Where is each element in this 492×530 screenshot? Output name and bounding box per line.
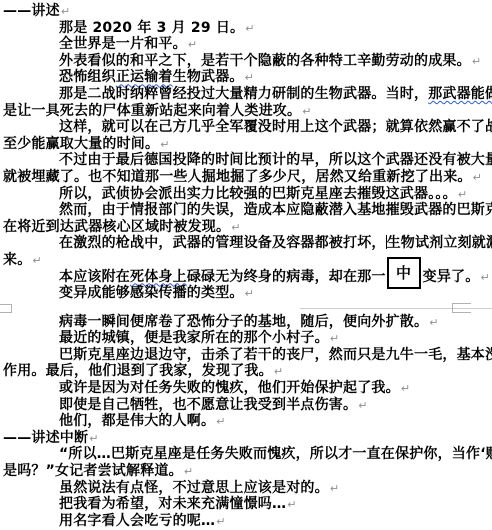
text-run: 变异了。 <box>423 269 480 285</box>
paragraph-mark-icon: ↵ <box>330 332 339 345</box>
paragraph-mark-icon: ↵ <box>472 55 481 68</box>
text-run: 那是 2020 年 3 月 29 日。 <box>59 20 244 36</box>
paragraph-mark-icon: ↵ <box>188 38 197 51</box>
paragraph-mark-icon: ↵ <box>32 254 41 267</box>
text-run: 生物武器。 <box>173 69 244 85</box>
text-line[interactable]: 然而，由于情报部门的失误，造成本应隐蔽潜入基地摧毁武器的巴斯克星座 <box>3 202 492 219</box>
text-line[interactable]: 或许是因为对任务失败的愧疚，他们开始保护起了我。↵ <box>3 380 492 397</box>
paragraph-mark-icon: ↵ <box>287 498 296 511</box>
text-line[interactable]: 巴斯克星座边退边守，击杀了若干的丧尸，然而只是九牛一毛，基本没什么 <box>3 347 492 364</box>
text-run: 他们，都是伟大的人啊。 <box>59 413 215 429</box>
paragraph-mark-icon: ↵ <box>216 415 225 428</box>
text-line[interactable]: 在将近到达武器核心区域时被发现。↵ <box>3 219 492 236</box>
paragraph-mark-icon: ↵ <box>458 188 467 201</box>
misspelled-text-run: 那武器能做 <box>428 86 492 102</box>
text-run: 在激烈的枪战中，武器的管理设备及容器都被打坏， <box>59 235 386 251</box>
paragraph-mark-icon: ↵ <box>160 138 169 151</box>
paragraph-mark-icon: ↵ <box>480 271 489 284</box>
text-line[interactable]: 至少能赢取大量的时间。↵ <box>3 136 492 153</box>
text-line[interactable]: 用名字看人会吃亏的呢…↵ <box>3 513 492 530</box>
text-run: 是吗？”女记者尝试解释道。 <box>3 463 183 479</box>
text-line[interactable]: 他们，都是伟大的人啊。↵ <box>3 413 492 430</box>
text-line[interactable]: 那是 2020 年 3 月 29 日。↵ <box>3 20 492 37</box>
text-run: 生物试剂立刻就漏了出 <box>387 235 492 251</box>
text-run: 来。 <box>3 252 31 268</box>
text-run: 外表看似的和平之下，是若干个隐蔽的各种特工辛勤劳动的成果。 <box>59 53 471 69</box>
text-run: 巴斯克星座边退边守，击杀了若干的丧尸，然而只是九牛一毛，基本没什么 <box>59 347 492 363</box>
text-line[interactable]: 在激烈的枪战中，武器的管理设备及容器都被打坏，生物试剂立刻就漏了出 <box>3 235 492 252</box>
text-run: 本应该附在 <box>59 269 130 285</box>
paragraph-mark-icon: ↵ <box>245 22 254 35</box>
paragraph-mark-icon: ↵ <box>274 365 283 378</box>
text-boundary-mark-left <box>0 304 12 313</box>
text-line[interactable]: 本应该附在死体身上碌碌无为终身的病毒，却在那一中变异了。↵ <box>3 269 492 286</box>
paragraph-mark-icon: ↵ <box>473 171 482 184</box>
text-line[interactable]: 不过由于最后德国投降的时间比预计的早，所以这个武器还没有被大量制造 <box>3 152 492 169</box>
text-line[interactable]: “所以…巴斯克星座是任务失败而愧疚，所以才一直在保护你，当作‘赎罪’ <box>3 446 492 463</box>
text-line[interactable]: 作用。最后，他们退到了我家，发现了我。↵ <box>3 363 492 380</box>
text-run: 用名字看人会吃亏的呢… <box>59 513 215 529</box>
text-run: 把我看为希望，对未来充满憧憬吗… <box>59 496 286 512</box>
text-run: 变异成能够感染传播的类型。 <box>59 285 244 301</box>
text-line[interactable]: 虽然说法有点怪，不过意思上应该是对的。↵ <box>3 480 492 497</box>
text-run: 就被埋藏了。也不知道那一些人掘地掘了多少尺，居然又给重新挖了出来。 <box>3 169 472 185</box>
paragraph-mark-icon: ↵ <box>302 105 311 118</box>
ime-mode-icon: 中 <box>387 257 421 289</box>
text-run: “所以…巴斯克星座是任务失败而愧疚，所以才一直在保护你，当作‘赎罪’ <box>59 446 492 462</box>
text-line[interactable]: 那是二战时纳粹曾经投过大量精力研制的生物武器。当时，那武器能做到的 <box>3 86 492 103</box>
text-run: 那是二战时纳粹曾经投过大量精力研制的生物武器。当时， <box>59 86 428 102</box>
paragraph-mark-icon: ↵ <box>184 465 193 478</box>
text-run: ——讲述 <box>3 3 60 19</box>
text-line[interactable]: 是吗？”女记者尝试解释道。↵ <box>3 463 492 480</box>
text-run: 全世界是一片和平。 <box>59 36 187 52</box>
text-line[interactable]: ——讲述↵ <box>3 3 492 20</box>
text-run: 或许是因为对任务失败的愧疚，他们开始保护起了我。 <box>59 380 400 396</box>
text-line[interactable]: 这样，就可以在己方几乎全军覆没时用上这个武器；就算依然赢不了战争， <box>3 119 492 136</box>
document-page[interactable]: ——讲述↵那是 2020 年 3 月 29 日。↵全世界是一片和平。↵外表看似的… <box>0 0 492 530</box>
text-line[interactable]: 就被埋藏了。也不知道那一些人掘地掘了多少尺，居然又给重新挖了出来。↵ <box>3 169 492 186</box>
text-line[interactable]: 外表看似的和平之下，是若干个隐蔽的各种特工辛勤劳动的成果。↵ <box>3 53 492 70</box>
text-run: 最近的城镇，便是我家所在的那个小村子。 <box>59 330 329 346</box>
misspelled-text-run: 死体身上 <box>130 269 187 285</box>
text-run: ——讲述中断 <box>3 430 88 446</box>
text-line[interactable]: 最近的城镇，便是我家所在的那个小村子。↵ <box>3 330 492 347</box>
text-run: 虽然说法有点怪，不过意思上应该是对的。 <box>59 480 329 496</box>
text-run: 在将近到达武器核心区域时被发现。 <box>3 219 230 235</box>
text-run: 即使是自己牺牲，也不愿意让我受到半点伤害。 <box>59 397 357 413</box>
paragraph-mark-icon: ↵ <box>401 382 410 395</box>
paragraph-mark-icon: ↵ <box>429 316 438 329</box>
text-line[interactable]: 全世界是一片和平。↵ <box>3 36 492 53</box>
misspelled-text-run: 正运输着 <box>116 69 173 85</box>
paragraph-mark-icon: ↵ <box>330 482 339 495</box>
text-run: 作用。最后，他们退到了我家，发现了我。 <box>3 363 273 379</box>
text-line[interactable]: 即使是自己牺牲，也不愿意让我受到半点伤害。↵ <box>3 397 492 414</box>
text-run: 至少能赢取大量的时间。 <box>3 136 159 152</box>
text-run: 不过由于最后德国投降的时间比预计的早，所以这个武器还没有被大量制造 <box>59 152 492 168</box>
paragraph-mark-icon: ↵ <box>216 515 225 528</box>
ime-indicator: 中 <box>386 280 423 281</box>
text-line[interactable]: 病毒一瞬间便席卷了恐怖分子的基地，随后，便向外扩散。↵ <box>3 314 492 331</box>
paragraph-mark-icon: ↵ <box>89 432 98 445</box>
text-line[interactable]: ——讲述中断↵ <box>3 430 492 447</box>
text-run: 这样，就可以在己方几乎全军覆没时用上这个武器；就算依然赢不了战争， <box>59 119 492 135</box>
paragraph-mark-icon: ↵ <box>245 71 254 84</box>
text-run: 然而，由于情报部门的失误，造成本应隐蔽潜入基地摧毁武器的巴斯克星座 <box>59 202 492 218</box>
text-run: 所以，武侦协会派出实力比较强的巴斯克星座去摧毁这武器。。。 <box>59 186 457 202</box>
text-boundary-mark-right <box>452 303 471 313</box>
text-line[interactable]: 恐怖组织正运输着生物武器。↵ <box>3 69 492 86</box>
paragraph-mark-icon: ↵ <box>245 287 254 300</box>
paragraph-mark-icon: ↵ <box>358 399 367 412</box>
text-run: 恐怖组织 <box>59 69 116 85</box>
paragraph-mark-icon: ↵ <box>61 5 70 18</box>
text-run: 是让一具死去的尸体重新站起来向着人类进攻。 <box>3 103 301 119</box>
text-run: 碌碌无为终身的病毒，却在那一 <box>187 269 386 285</box>
text-line[interactable]: 是让一具死去的尸体重新站起来向着人类进攻。↵ <box>3 103 492 120</box>
text-line[interactable]: 所以，武侦协会派出实力比较强的巴斯克星座去摧毁这武器。。。↵ <box>3 186 492 203</box>
text-line[interactable]: 把我看为希望，对未来充满憧憬吗…↵ <box>3 496 492 513</box>
page-break-divider <box>0 302 492 314</box>
text-run: 病毒一瞬间便席卷了恐怖分子的基地，随后，便向外扩散。 <box>59 314 428 330</box>
paragraph-mark-icon: ↵ <box>231 221 240 234</box>
